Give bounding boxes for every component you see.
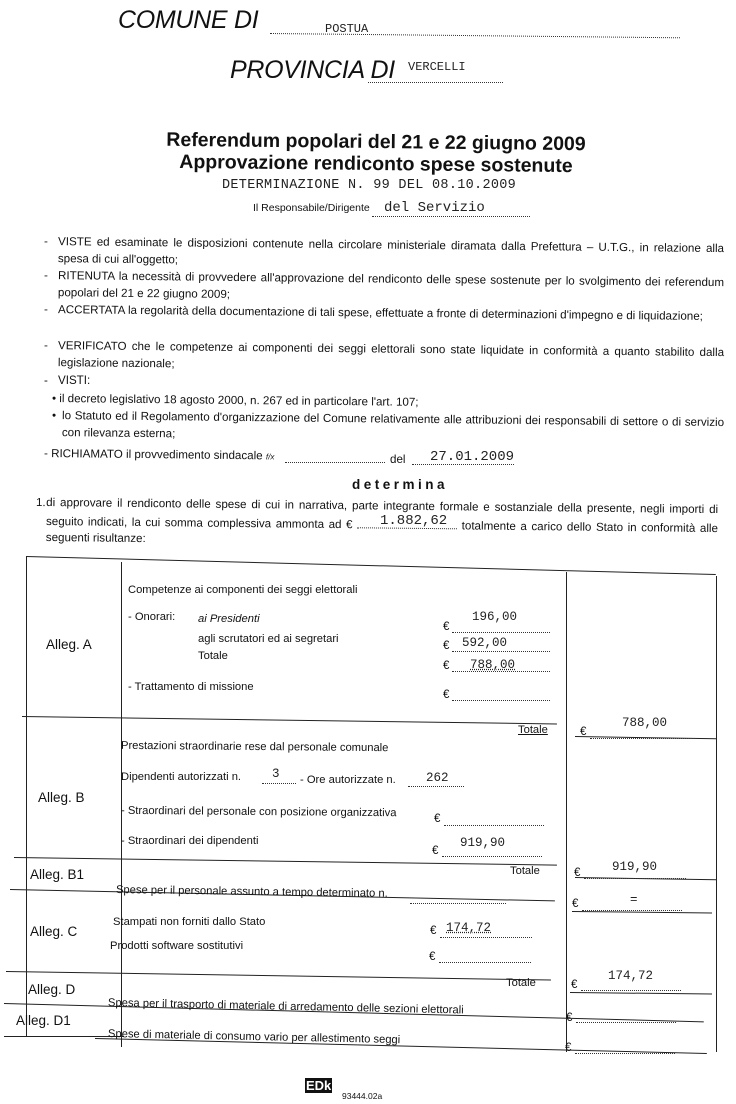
stampati-dotted-line <box>440 937 532 938</box>
euro-sign: € <box>571 979 577 991</box>
comune-value: POSTUA <box>325 22 368 36</box>
euro-sign: € <box>443 640 449 652</box>
onorari-label: - Onorari: <box>128 611 175 623</box>
alleg-b-label: Alleg. B <box>38 790 85 805</box>
responsabile-value: del Servizio <box>384 200 485 216</box>
alleg-d1-label: Alleg. D1 <box>16 1013 71 1028</box>
euro-sign: € <box>443 689 449 701</box>
euro-sign: € <box>434 813 440 825</box>
alleg-c-label: Alleg. C <box>30 924 77 939</box>
totale-onorari-amount: 788,00 <box>470 658 515 672</box>
alleg-b-totale-label: Totale <box>510 865 540 877</box>
responsabile-label: Il Responsabile/Dirigente <box>253 202 370 214</box>
alleg-c-total: 174,72 <box>608 969 653 983</box>
alleg-c-total-dotted-line <box>581 990 681 991</box>
scrutatori-amount: 592,00 <box>462 636 507 650</box>
totale-onorari-label: Totale <box>198 650 228 662</box>
publisher-logo: EDk <box>305 1077 332 1095</box>
software-label: Prodotti software sostitutivi <box>110 940 243 952</box>
alleg-d-label: Alleg. D <box>28 982 75 997</box>
alleg-d1-text: Spese di materiale di consumo vario per … <box>108 1028 400 1046</box>
missione-label: - Trattamento di missione <box>128 681 254 693</box>
provvedimento-dotted-line <box>285 462 385 463</box>
alleg-d1-dotted-line <box>575 1053 675 1054</box>
alleg-b1-amount: = <box>630 893 638 907</box>
alleg-b1-n-dotted-line <box>410 903 506 904</box>
comune-label: COMUNE DI <box>118 6 258 35</box>
alleg-b-total-dotted-line <box>584 878 686 879</box>
alleg-d-text: Spesa per il trasporto di materiale di a… <box>108 997 464 1016</box>
euro-sign: € <box>580 726 586 738</box>
visti-item-statuto: •lo Statuto ed il Regolamento d'organizz… <box>52 408 724 448</box>
straordinari-dipendenti-dotted-line <box>442 856 542 857</box>
presidenti-label: ai Presidenti <box>198 613 260 625</box>
alleg-b1-text: Spese per il personale assunto a tempo d… <box>116 884 388 900</box>
determina-heading: determina <box>352 477 448 492</box>
alleg-a-heading: Competenze ai componenti dei seggi elett… <box>128 584 357 596</box>
dipendenti-label: Dipendenti autorizzati n. <box>121 771 241 783</box>
presidenti-dotted-line <box>452 632 550 633</box>
alleg-b1-dotted-line <box>582 910 682 911</box>
straordinari-dipendenti-amount: 919,90 <box>460 836 505 850</box>
ore-value: 262 <box>426 771 449 785</box>
euro-sign: € <box>574 867 580 879</box>
missione-dotted-line <box>452 700 550 701</box>
alleg-c-totale-label: Totale <box>506 977 536 989</box>
stampati-label: Stampati non forniti dallo Stato <box>113 916 265 928</box>
richiamato-line: - RICHIAMATO il provvedimento sindacale … <box>44 447 275 464</box>
dipendenti-dotted-line <box>262 783 296 784</box>
euro-sign: € <box>443 660 449 672</box>
euro-sign: € <box>572 898 578 910</box>
del-label: del <box>390 453 405 467</box>
alleg-a-total-dotted-line <box>590 738 690 739</box>
scrutatori-dotted-line <box>452 651 550 652</box>
alleg-a-total: 788,00 <box>622 716 667 730</box>
determina-total-amount: 1.882,62 <box>380 513 447 529</box>
provincia-dotted-line <box>368 82 503 83</box>
posizione-dotted-line <box>444 825 544 826</box>
euro-sign: € <box>565 1042 571 1054</box>
euro-sign: € <box>443 621 449 633</box>
alleg-d-dotted-line <box>576 1022 676 1023</box>
alleg-b-total: 919,90 <box>612 860 657 874</box>
stampati-amount: 174,72 <box>446 921 491 935</box>
scrutatori-label: agli scrutatori ed ai segretari <box>198 633 339 645</box>
form-code: 93444.02a <box>342 1091 382 1101</box>
software-dotted-line <box>439 962 531 963</box>
straordinari-dipendenti-label: - Straordinari dei dipendenti <box>121 835 258 847</box>
ore-dotted-line <box>408 786 464 787</box>
ore-label: - Ore autorizzate n. <box>300 774 396 786</box>
premise-visti: -VISTI: <box>44 373 724 390</box>
euro-sign: € <box>430 925 436 937</box>
logo-icon: EDk <box>305 1078 332 1093</box>
determinazione-number: DETERMINAZIONE N. 99 DEL 08.10.2009 <box>222 178 516 193</box>
provincia-value: VERCELLI <box>408 60 466 74</box>
posizione-label: - Straordinari del personale con posizio… <box>121 805 397 819</box>
richiamato-date: 27.01.2009 <box>430 449 514 465</box>
alleg-b1-label: Alleg. B1 <box>30 867 84 882</box>
alleg-b-heading: Prestazioni straordinarie rese dal perso… <box>121 740 389 754</box>
provincia-label: PROVINCIA DI <box>230 56 395 85</box>
responsabile-dotted-line <box>372 216 530 217</box>
determina-number: 1. <box>36 496 46 510</box>
euro-sign: € <box>429 951 435 963</box>
dipendenti-value: 3 <box>272 767 280 781</box>
presidenti-amount: 196,00 <box>472 610 517 624</box>
euro-sign: € <box>566 1012 572 1024</box>
alleg-a-totale-label: Totale <box>518 724 548 736</box>
alleg-a-label: Alleg. A <box>46 637 92 652</box>
euro-sign: € <box>432 845 438 857</box>
